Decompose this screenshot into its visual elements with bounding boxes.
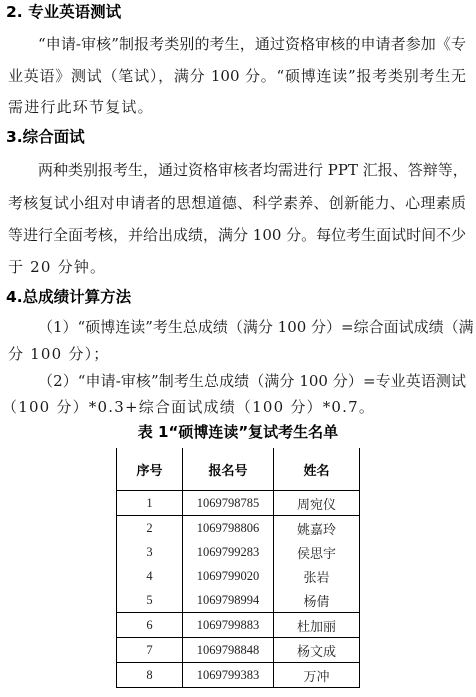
formula-line: （1）“硕博连读”考生总成绩（满分 100 分）=综合面试成绩（满 (38, 317, 466, 337)
cell-number: 4 (117, 564, 183, 588)
cell-registration-id: 1069798806 (183, 516, 274, 541)
paragraph-line: 于 20 分钟。 (8, 257, 106, 277)
cell-number: 5 (117, 588, 183, 613)
table-row: 4 1069799020 张岩 (117, 564, 360, 588)
cell-registration-id: 1069799883 (183, 613, 274, 638)
cell-registration-id: 1069799383 (183, 663, 274, 688)
cell-registration-id: 1069799283 (183, 540, 274, 564)
formula-line: 分 100 分）； (8, 344, 109, 364)
section-heading-score-calculation: 4.总成绩计算方法 (6, 287, 131, 307)
cell-name: 杨文成 (274, 638, 360, 663)
column-header-name: 姓名 (274, 448, 360, 491)
cell-number: 3 (117, 540, 183, 564)
cell-number: 2 (117, 516, 183, 541)
paragraph-line: “申请-审核”制报考类别的考生，通过资格审核的申请者参加《专 (38, 34, 466, 54)
cell-name: 万冲 (274, 663, 360, 688)
cell-name: 姚嘉玲 (274, 516, 360, 541)
table-header-row: 序号 报名号 姓名 (117, 448, 360, 491)
cell-number: 6 (117, 613, 183, 638)
paragraph-line: 业英语》测试（笔试），满分 100 分。“硕博连读”报考类别考生无 (8, 66, 466, 86)
paragraph-line: 需进行此环节复试。 (8, 97, 154, 117)
cell-number: 8 (117, 663, 183, 688)
table-row: 6 1069799883 杜加丽 (117, 613, 360, 638)
paragraph-line: 等进行全面考核，并给出成绩，满分 100 分。每位考生面试时间不少 (8, 225, 466, 245)
column-header-registration-id: 报名号 (183, 448, 274, 491)
paragraph-line: 考核复试小组对申请者的思想道德、科学素养、创新能力、心理素质 (8, 193, 466, 213)
cell-registration-id: 1069798994 (183, 588, 274, 613)
formula-line: （100 分）*0.3+综合面试成绩（100 分）*0.7。 (2, 397, 375, 417)
section-heading-interview: 3.综合面试 (6, 127, 85, 147)
table-row: 3 1069799283 侯思宇 (117, 540, 360, 564)
table-row: 8 1069799383 万冲 (117, 663, 360, 688)
candidate-table: 序号 报名号 姓名 1 1069798785 周宛仪 2 1069798806 … (116, 448, 360, 688)
cell-name: 张岩 (274, 564, 360, 588)
table-title: 表 1“硕博连读”复试考生名单 (0, 422, 476, 442)
cell-name: 杜加丽 (274, 613, 360, 638)
cell-name: 杨倩 (274, 588, 360, 613)
column-header-number: 序号 (117, 448, 183, 491)
table-row: 5 1069798994 杨倩 (117, 588, 360, 613)
cell-name: 侯思宇 (274, 540, 360, 564)
formula-line: （2）“申请-审核”制考生总成绩（满分 100 分）=专业英语测试 (38, 371, 466, 391)
cell-registration-id: 1069798785 (183, 491, 274, 516)
cell-name: 周宛仪 (274, 491, 360, 516)
cell-number: 7 (117, 638, 183, 663)
table-row: 2 1069798806 姚嘉玲 (117, 516, 360, 541)
cell-registration-id: 1069799020 (183, 564, 274, 588)
cell-number: 1 (117, 491, 183, 516)
table-row: 1 1069798785 周宛仪 (117, 491, 360, 516)
paragraph-line: 两种类别报考生，通过资格审核者均需进行 PPT 汇报、答辩等， (38, 160, 466, 180)
section-heading-english-test: 2. 专业英语测试 (6, 2, 121, 22)
table-row: 7 1069798848 杨文成 (117, 638, 360, 663)
cell-registration-id: 1069798848 (183, 638, 274, 663)
